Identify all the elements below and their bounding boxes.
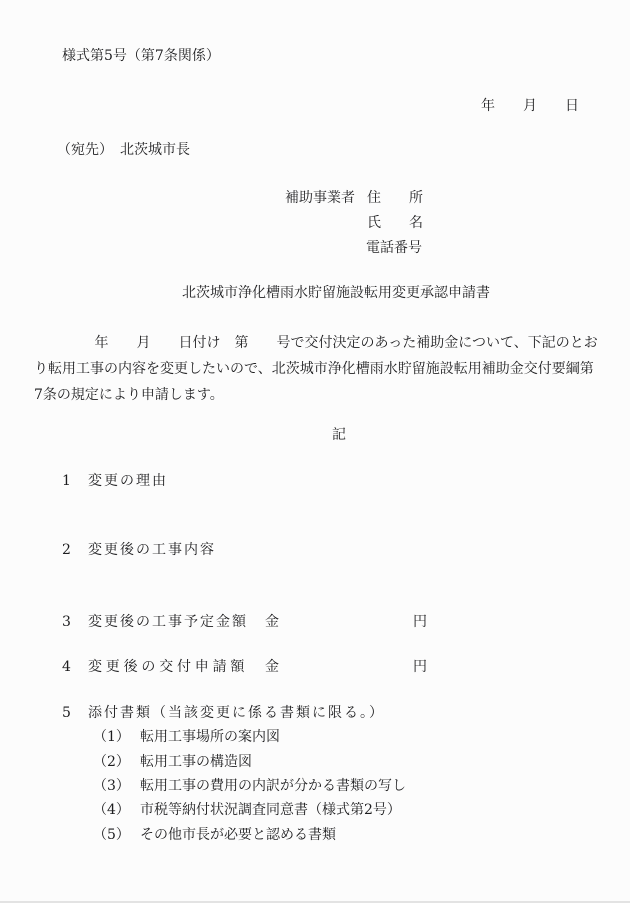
applicant-label: 補助事業者	[285, 188, 355, 209]
item-3-amount-prefix: 金	[265, 612, 279, 633]
body-line-2: り転用工事の内容を変更したいので、北茨城市浄化槽雨水貯留施設転用補助金交付要綱第	[34, 359, 594, 380]
attachment-4-label: 市税等納付状況調査同意書（様式第2号）	[140, 800, 401, 821]
item-4-label: 変更後の交付申請額	[88, 657, 248, 678]
item-5-label: 添付書類（当該変更に係る書類に限る。）	[88, 703, 385, 724]
attachment-1-number: （1）	[93, 727, 130, 748]
item-5-number: 5	[62, 703, 71, 724]
item-4-amount-prefix: 金	[265, 657, 279, 678]
item-3-label: 変更後の工事予定金額	[88, 612, 248, 633]
addressee: （宛先） 北茨城市長	[57, 140, 190, 161]
body-line-3: 7条の規定により申請します。	[34, 385, 224, 406]
item-2-number: 2	[62, 540, 71, 561]
attachment-2-number: （2）	[93, 752, 130, 773]
item-4-amount-suffix: 円	[413, 657, 427, 678]
item-3-number: 3	[62, 612, 71, 633]
document-title: 北茨城市浄化槽雨水貯留施設転用変更承認申請書	[182, 283, 490, 304]
item-1-number: 1	[62, 471, 71, 492]
attachment-3-label: 転用工事の費用の内訳が分かる書類の写し	[140, 776, 406, 797]
item-1-label: 変更の理由	[88, 471, 168, 492]
form-number: 様式第5号（第7条関係）	[62, 46, 220, 67]
applicant-phone-label: 電話番号	[366, 238, 422, 259]
attachment-2-label: 転用工事の構造図	[140, 752, 252, 773]
application-form-page: 様式第5号（第7条関係） 年 月 日 （宛先） 北茨城市長 補助事業者 住 所 …	[0, 0, 630, 903]
attachment-4-number: （4）	[93, 800, 130, 821]
attachment-3-number: （3）	[93, 776, 130, 797]
attachment-5-number: （5）	[93, 825, 130, 846]
applicant-address-label: 住 所	[367, 188, 423, 209]
item-4-number: 4	[62, 657, 71, 678]
date-line: 年 月 日	[481, 96, 579, 117]
applicant-name-label: 氏 名	[367, 213, 423, 234]
body-line-1: 年 月 日付け 第 号で交付決定のあった補助金について、下記のとお	[34, 333, 598, 354]
attachment-5-label: その他市長が必要と認める書類	[140, 825, 336, 846]
item-2-label: 変更後の工事内容	[88, 540, 216, 561]
item-3-amount-suffix: 円	[413, 612, 427, 633]
attachment-1-label: 転用工事場所の案内図	[140, 727, 280, 748]
ki-heading: 記	[332, 425, 346, 446]
